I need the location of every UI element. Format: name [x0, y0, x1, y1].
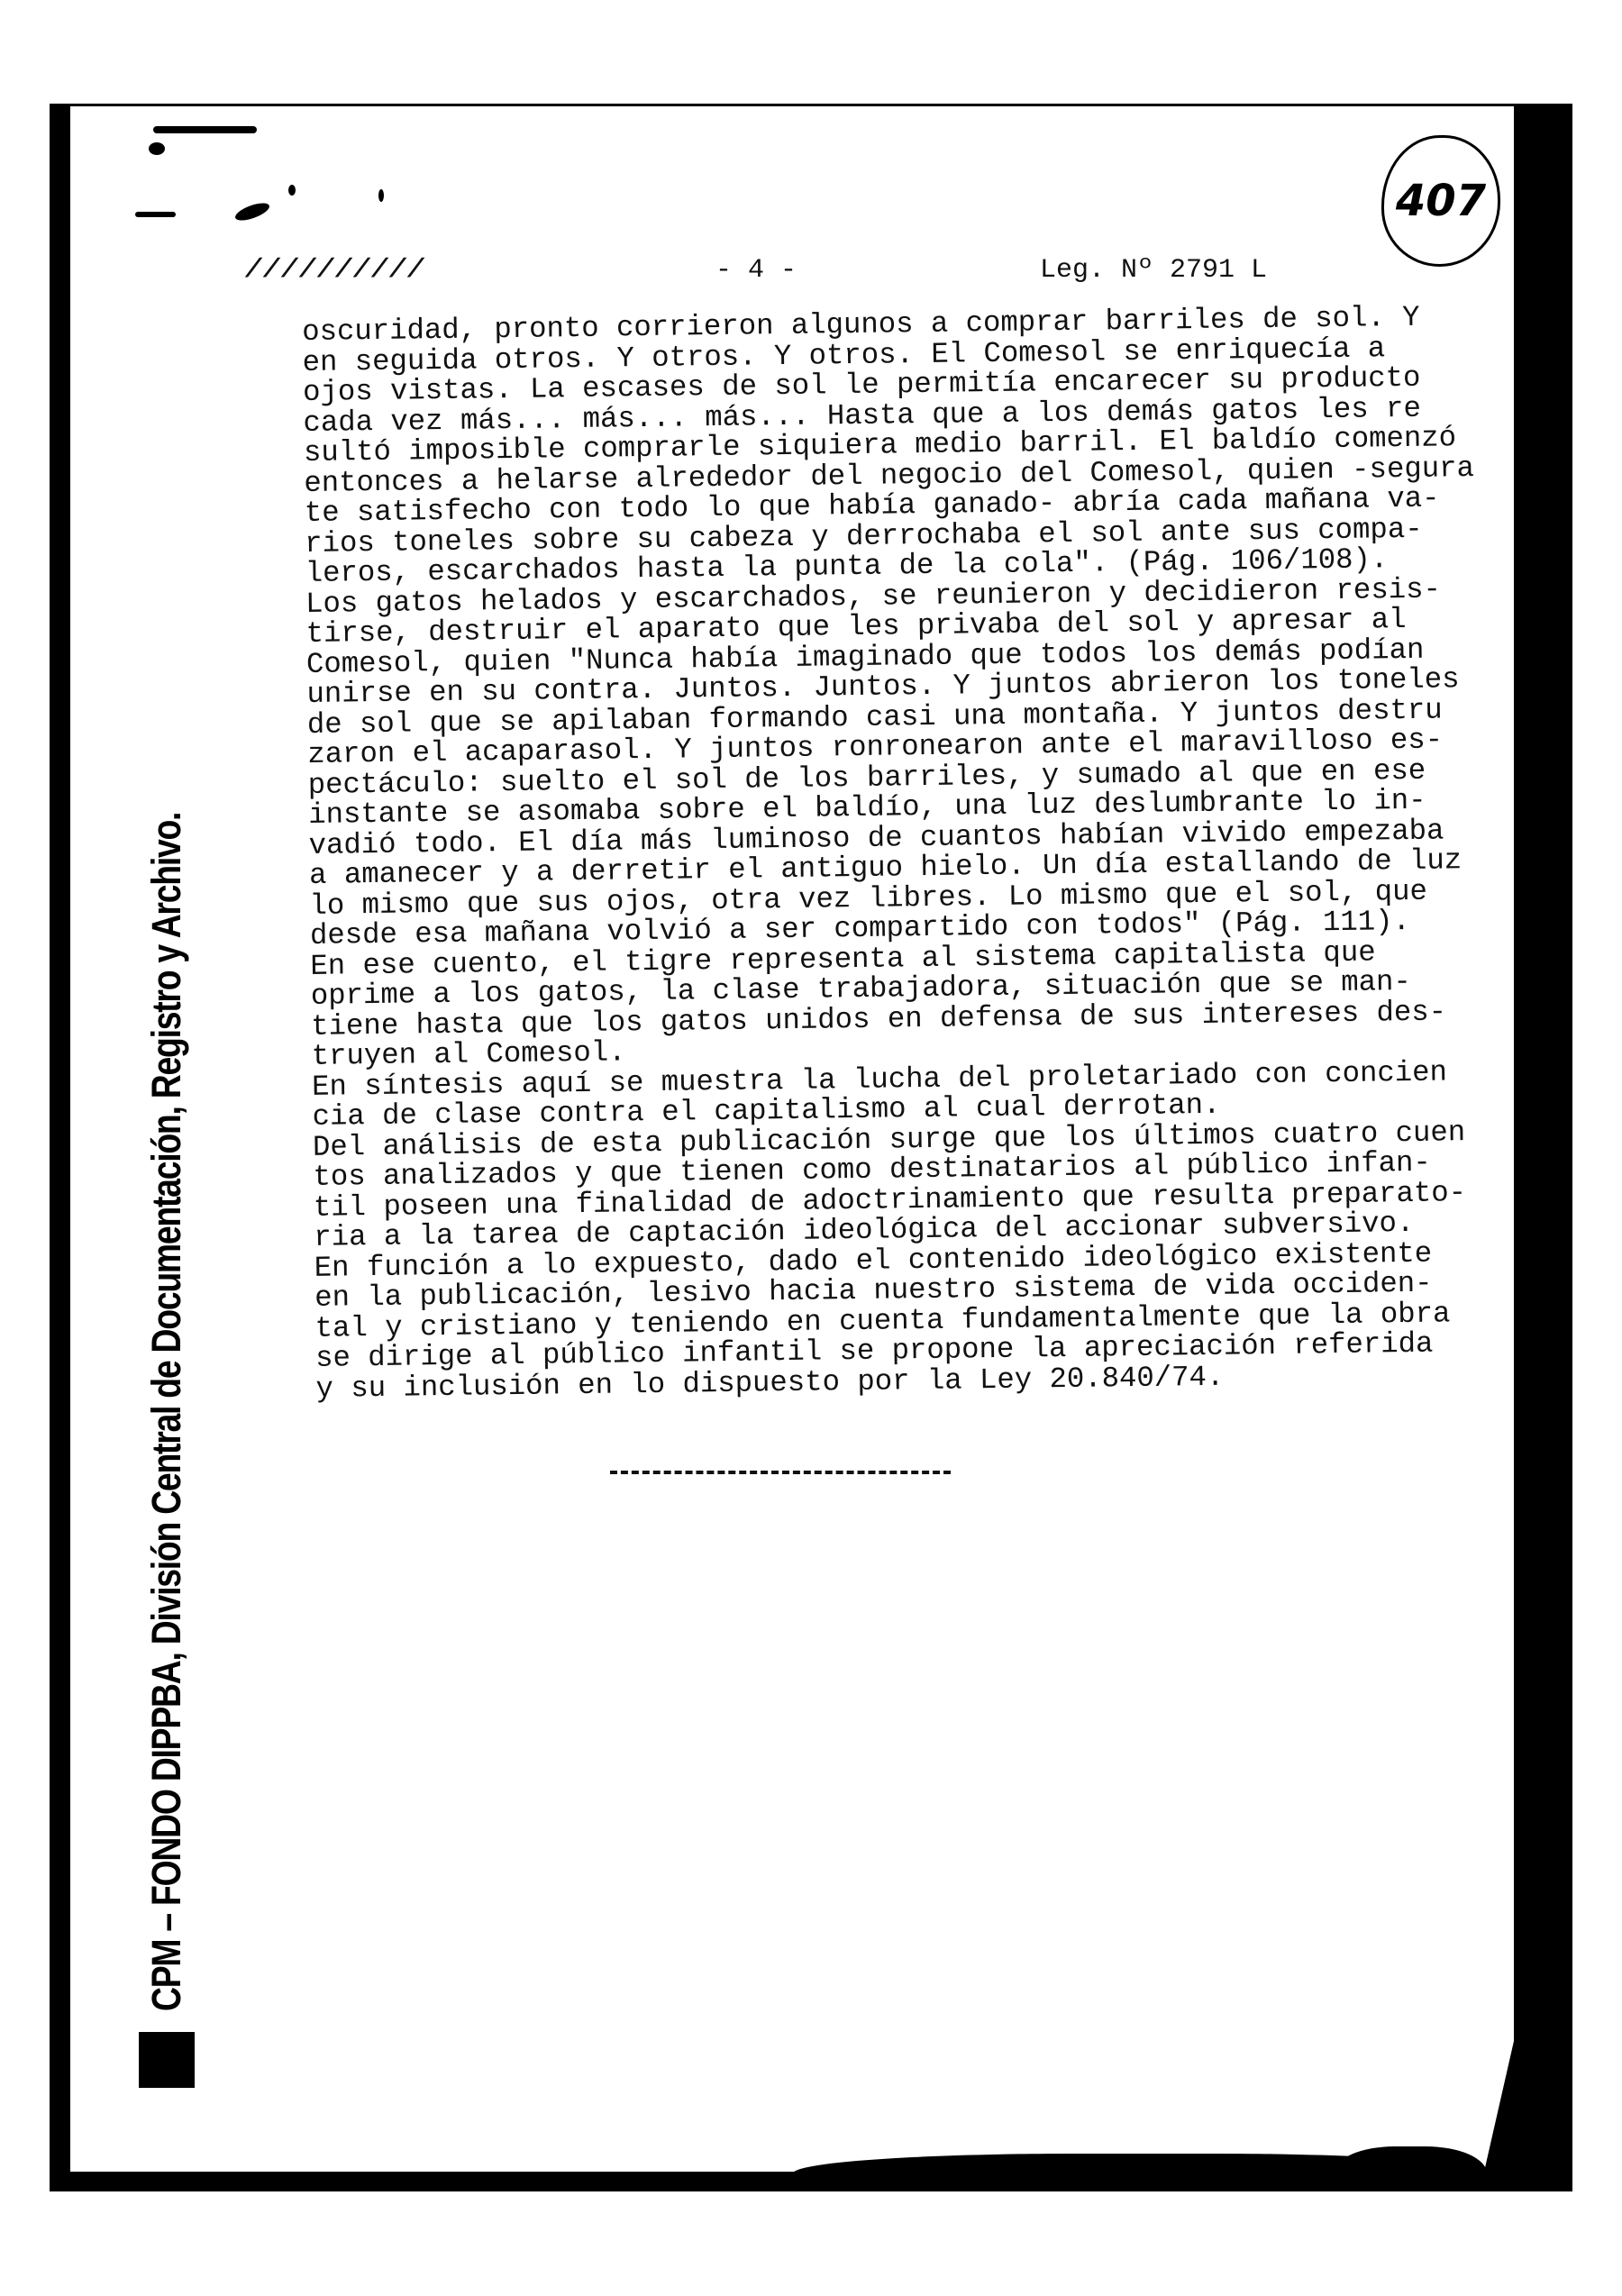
archive-marker-square: [139, 2032, 195, 2088]
legajo-reference: Leg. Nº 2791 L: [1040, 252, 1267, 288]
ink-smudge: [288, 185, 296, 196]
document-body: oscuridad, pronto corrieron algunos a co…: [302, 301, 1542, 1404]
document-header: ////////// - 4 - Leg. Nº 2791 L: [245, 252, 1326, 288]
ink-smudge: [378, 189, 384, 202]
closing-dashed-rule: [610, 1471, 951, 1474]
ink-smudge: [153, 126, 257, 133]
page-number: - 4 -: [715, 252, 797, 288]
ink-smudge: [135, 212, 176, 217]
header-slashes: //////////: [245, 252, 425, 288]
archive-side-caption: CPM – FONDO DIPPBA, División Central de …: [144, 813, 189, 2011]
ink-smudge: [149, 142, 165, 155]
handwritten-folio-stamp: 407: [1381, 135, 1500, 267]
folio-number: 407: [1396, 176, 1486, 226]
